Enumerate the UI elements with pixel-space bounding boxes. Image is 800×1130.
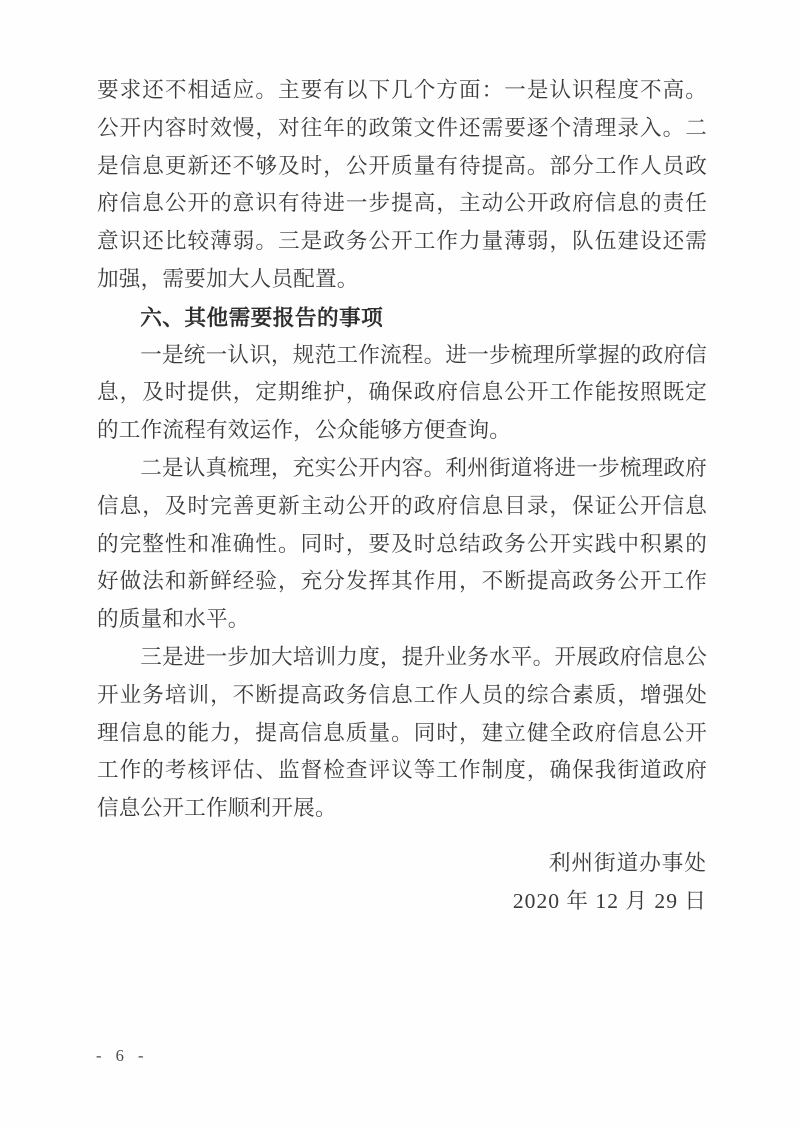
paragraph-point-two: 二是认真梳理，充实公开内容。利州街道将进一步梳理政府信息，及时完善更新主动公开的… (97, 450, 707, 639)
document-page: 要求还不相适应。主要有以下几个方面：一是认识程度不高。公开内容时效慢，对往年的政… (0, 0, 800, 1130)
page-number: - 6 - (96, 1046, 149, 1066)
paragraph-point-one: 一是统一认识，规范工作流程。进一步梳理所掌握的政府信息，及时提供，定期维护，确保… (97, 337, 707, 450)
paragraph-point-three: 三是进一步加大培训力度，提升业务水平。开展政府信息公开业务培训，不断提高政务信息… (97, 639, 707, 828)
section-heading: 六、其他需要报告的事项 (97, 299, 707, 337)
signature-date: 2020 年 12 月 29 日 (97, 883, 707, 921)
signature-block: 利州街道办事处 2020 年 12 月 29 日 (97, 845, 707, 920)
paragraph-continuation: 要求还不相适应。主要有以下几个方面：一是认识程度不高。公开内容时效慢，对往年的政… (97, 72, 707, 299)
signature-organization: 利州街道办事处 (97, 845, 707, 883)
document-body: 要求还不相适应。主要有以下几个方面：一是认识程度不高。公开内容时效慢，对往年的政… (97, 72, 707, 828)
